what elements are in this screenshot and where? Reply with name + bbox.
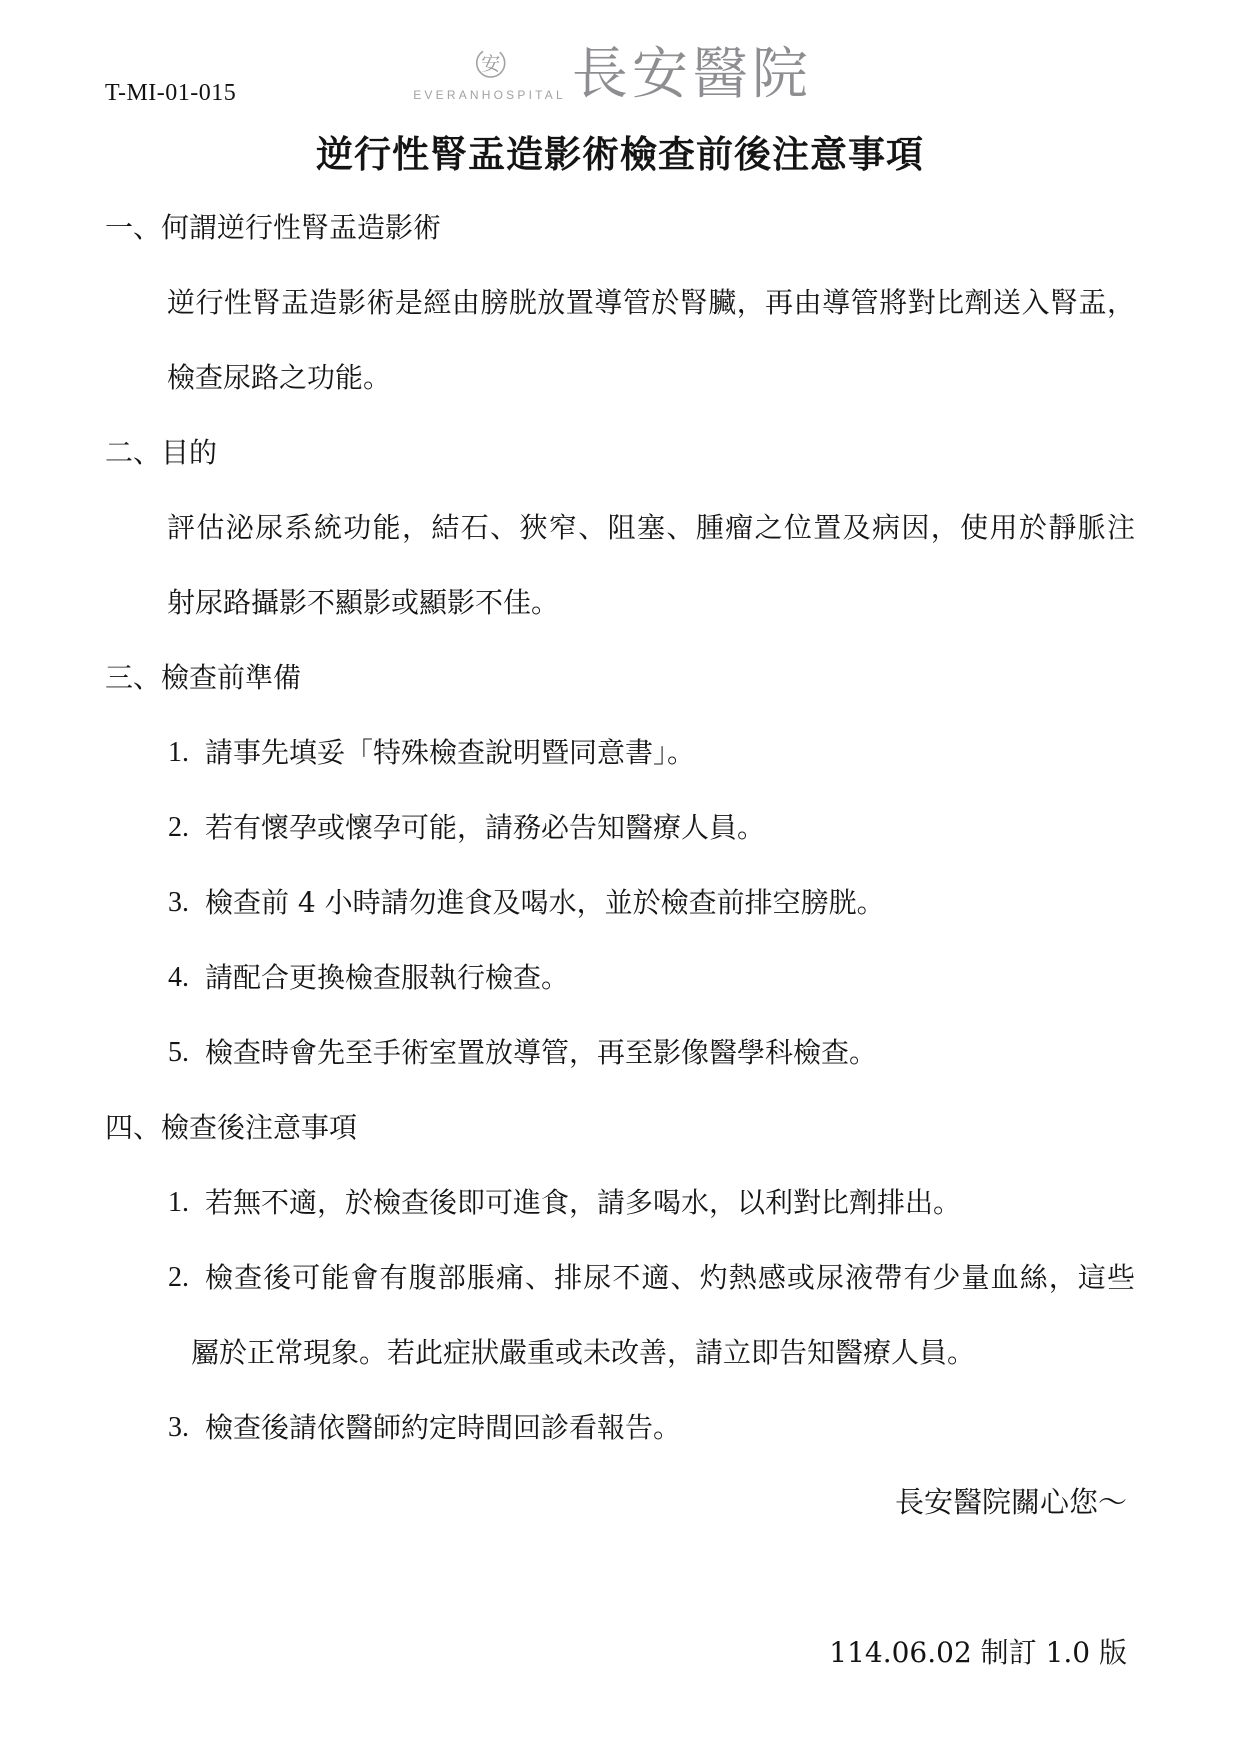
paragraph-line: 檢查尿路之功能。 — [167, 340, 1135, 415]
item-number: 4. — [168, 940, 189, 1015]
item-text: 請事先填妥「特殊檢查說明暨同意書」。 — [205, 736, 695, 769]
list-item: 3.檢查前 4 小時請勿進食及喝水，並於檢查前排空膀胱。 — [105, 865, 1135, 940]
item-number: 2. — [168, 790, 189, 865]
document-code: T-MI-01-015 — [105, 80, 236, 107]
item-text: 若有懷孕或懷孕可能，請務必告知醫療人員。 — [205, 811, 765, 844]
hospital-name-english: EVERANHOSPITAL — [413, 88, 566, 102]
item-number: 2. — [168, 1240, 189, 1315]
document-body: 一、何謂逆行性腎盂造影術逆行性腎盂造影術是經由膀胱放置導管於腎臟，再由導管將對比… — [105, 190, 1135, 1465]
hospital-logo: 安 EVERANHOSPITAL 長安醫院 — [413, 44, 812, 102]
item-number: 3. — [168, 1390, 189, 1465]
item-number: 1. — [168, 715, 189, 790]
hospital-logo-left: 安 EVERANHOSPITAL — [413, 44, 566, 102]
hospital-name-chinese: 長安醫院 — [572, 46, 812, 102]
list-item: 1.請事先填妥「特殊檢查說明暨同意書」。 — [105, 715, 1135, 790]
item-text: 檢查後請依醫師約定時間回診看報告。 — [205, 1411, 681, 1444]
closing-message: 長安醫院關心您～ — [105, 1465, 1127, 1540]
list-item: 2.檢查後可能會有腹部脹痛、排尿不適、灼熱感或尿液帶有少量血絲，這些 — [105, 1240, 1135, 1315]
list-item: 3.檢查後請依醫師約定時間回診看報告。 — [105, 1390, 1135, 1465]
item-text: 請配合更換檢查服執行檢查。 — [205, 961, 569, 994]
paragraph-line: 射尿路攝影不顯影或顯影不佳。 — [167, 565, 1135, 640]
page-title: 逆行性腎盂造影術檢查前後注意事項 — [105, 124, 1135, 178]
item-number: 3. — [168, 865, 189, 940]
hospital-emblem-icon: 安 — [470, 44, 510, 86]
list-item-continuation: 屬於正常現象。若此症狀嚴重或未改善，請立即告知醫療人員。 — [191, 1315, 1135, 1390]
list-item: 4.請配合更換檢查服執行檢查。 — [105, 940, 1135, 1015]
section-heading: 四、檢查後注意事項 — [105, 1090, 1135, 1165]
item-text: 若無不適，於檢查後即可進食，請多喝水，以利對比劑排出。 — [205, 1186, 961, 1219]
list-item: 2.若有懷孕或懷孕可能，請務必告知醫療人員。 — [105, 790, 1135, 865]
item-text: 檢查前 4 小時請勿進食及喝水，並於檢查前排空膀胱。 — [205, 886, 885, 919]
item-number: 5. — [168, 1015, 189, 1090]
section-heading: 二、目的 — [105, 415, 1135, 490]
document-page: T-MI-01-015 安 EVERANHOSPITAL 長安醫院 逆行性腎盂造… — [0, 0, 1241, 1755]
list-item: 5.檢查時會先至手術室置放導管，再至影像醫學科檢查。 — [105, 1015, 1135, 1090]
item-text: 檢查後可能會有腹部脹痛、排尿不適、灼熱感或尿液帶有少量血絲，這些 — [205, 1261, 1135, 1294]
section-heading: 三、檢查前準備 — [105, 640, 1135, 715]
paragraph-line: 逆行性腎盂造影術是經由膀胱放置導管於腎臟，再由導管將對比劑送入腎盂， — [167, 265, 1135, 340]
item-text: 檢查時會先至手術室置放導管，再至影像醫學科檢查。 — [205, 1036, 877, 1069]
svg-text:安: 安 — [481, 53, 500, 75]
version-note: 114.06.02 制訂 1.0 版 — [105, 1615, 1127, 1690]
list-item: 1.若無不適，於檢查後即可進食，請多喝水，以利對比劑排出。 — [105, 1165, 1135, 1240]
item-number: 1. — [168, 1165, 189, 1240]
section-heading: 一、何謂逆行性腎盂造影術 — [105, 190, 1135, 265]
paragraph-line: 評估泌尿系統功能，結石、狹窄、阻塞、腫瘤之位置及病因，使用於靜脈注 — [167, 490, 1135, 565]
